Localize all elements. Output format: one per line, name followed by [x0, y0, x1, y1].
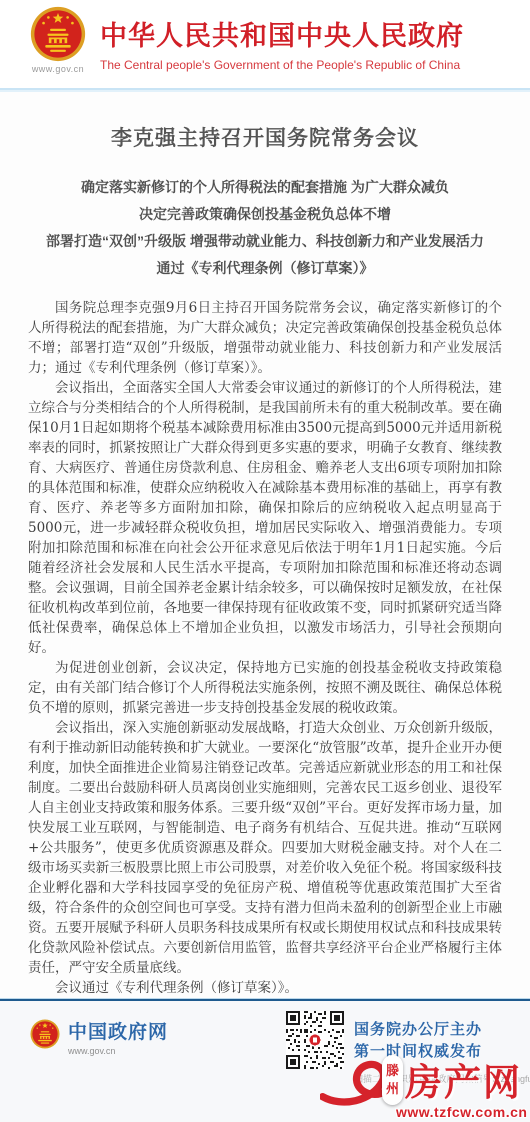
article: 李克强主持召开国务院常务会议 确定落实新修订的个人所得税法的配套措施 为广大群众…: [0, 92, 530, 998]
footer-caption-line2: 第一时间权威发布: [354, 1041, 482, 1063]
qr-code: [286, 1011, 344, 1069]
footer-qr-block: 国务院办公厅主办 第一时间权威发布 扫描二维码识别 中国政府网微信号：zheng…: [286, 1011, 526, 1085]
article-subtitle-line: 确定落实新修订的个人所得税法的配套措施 为广大群众减负: [28, 174, 502, 201]
article-subtitles: 确定落实新修订的个人所得税法的配套措施 为广大群众减负 决定完善政策确保创投基金…: [28, 174, 502, 282]
footer-site-name: 中国政府网: [68, 1017, 168, 1044]
national-emblem-icon: [30, 1019, 60, 1049]
header-logo[interactable]: www.gov.cn: [26, 6, 90, 74]
site-title: 中华人民共和国中央人民政府: [100, 14, 520, 53]
footer-site-link[interactable]: 中国政府网 www.gov.cn: [30, 1017, 168, 1056]
article-subtitle-line: 部署打造“双创”升级版 增强带动就业能力、科技创新力和产业发展活力: [28, 228, 502, 255]
site-header: www.gov.cn 中华人民共和国中央人民政府 The Central peo…: [0, 0, 530, 88]
header-site-url: www.gov.cn: [26, 64, 90, 74]
article-paragraph: 会议指出，深入实施创新驱动发展战略，打造大众创业、万众创新升级版，有利于推动新旧…: [28, 718, 502, 978]
article-subtitle-line: 通过《专利代理条例（修订草案）》: [28, 255, 502, 282]
article-paragraph: 为促进创业创新，会议决定，保持地方已实施的创投基金税收支持政策稳定，由有关部门结…: [28, 658, 502, 718]
footer-site-url: www.gov.cn: [68, 1046, 168, 1056]
article-paragraph: 会议指出，全面落实全国人大常委会审议通过的新修订的个人所得税法，建立综合与分类相…: [28, 378, 502, 658]
article-subtitle-line: 决定完善政策确保创投基金税负总体不增: [28, 201, 502, 228]
article-body: 国务院总理李克强9月6日主持召开国务院常务会议，确定落实新修订的个人所得税法的配…: [28, 298, 502, 998]
national-emblem-icon: [30, 6, 86, 62]
site-subtitle: The Central people's Government of the P…: [100, 58, 520, 72]
page: www.gov.cn 中华人民共和国中央人民政府 The Central peo…: [0, 0, 530, 1122]
article-paragraph: 会议通过《专利代理条例（修订草案）》。: [28, 978, 502, 998]
qr-scan-note: 扫描二维码识别 中国政府网微信号：zhengfu: [354, 1072, 526, 1085]
article-paragraph: 国务院总理李克强9月6日主持召开国务院常务会议，确定落实新修订的个人所得税法的配…: [28, 298, 502, 378]
article-title: 李克强主持召开国务院常务会议: [28, 122, 502, 152]
site-title-block[interactable]: 中华人民共和国中央人民政府 The Central people's Gover…: [100, 14, 520, 72]
footer-caption-line1: 国务院办公厅主办: [354, 1019, 482, 1041]
site-footer: 中国政府网 www.gov.cn 国务院办公厅主办 第一时间权威: [0, 1001, 530, 1122]
